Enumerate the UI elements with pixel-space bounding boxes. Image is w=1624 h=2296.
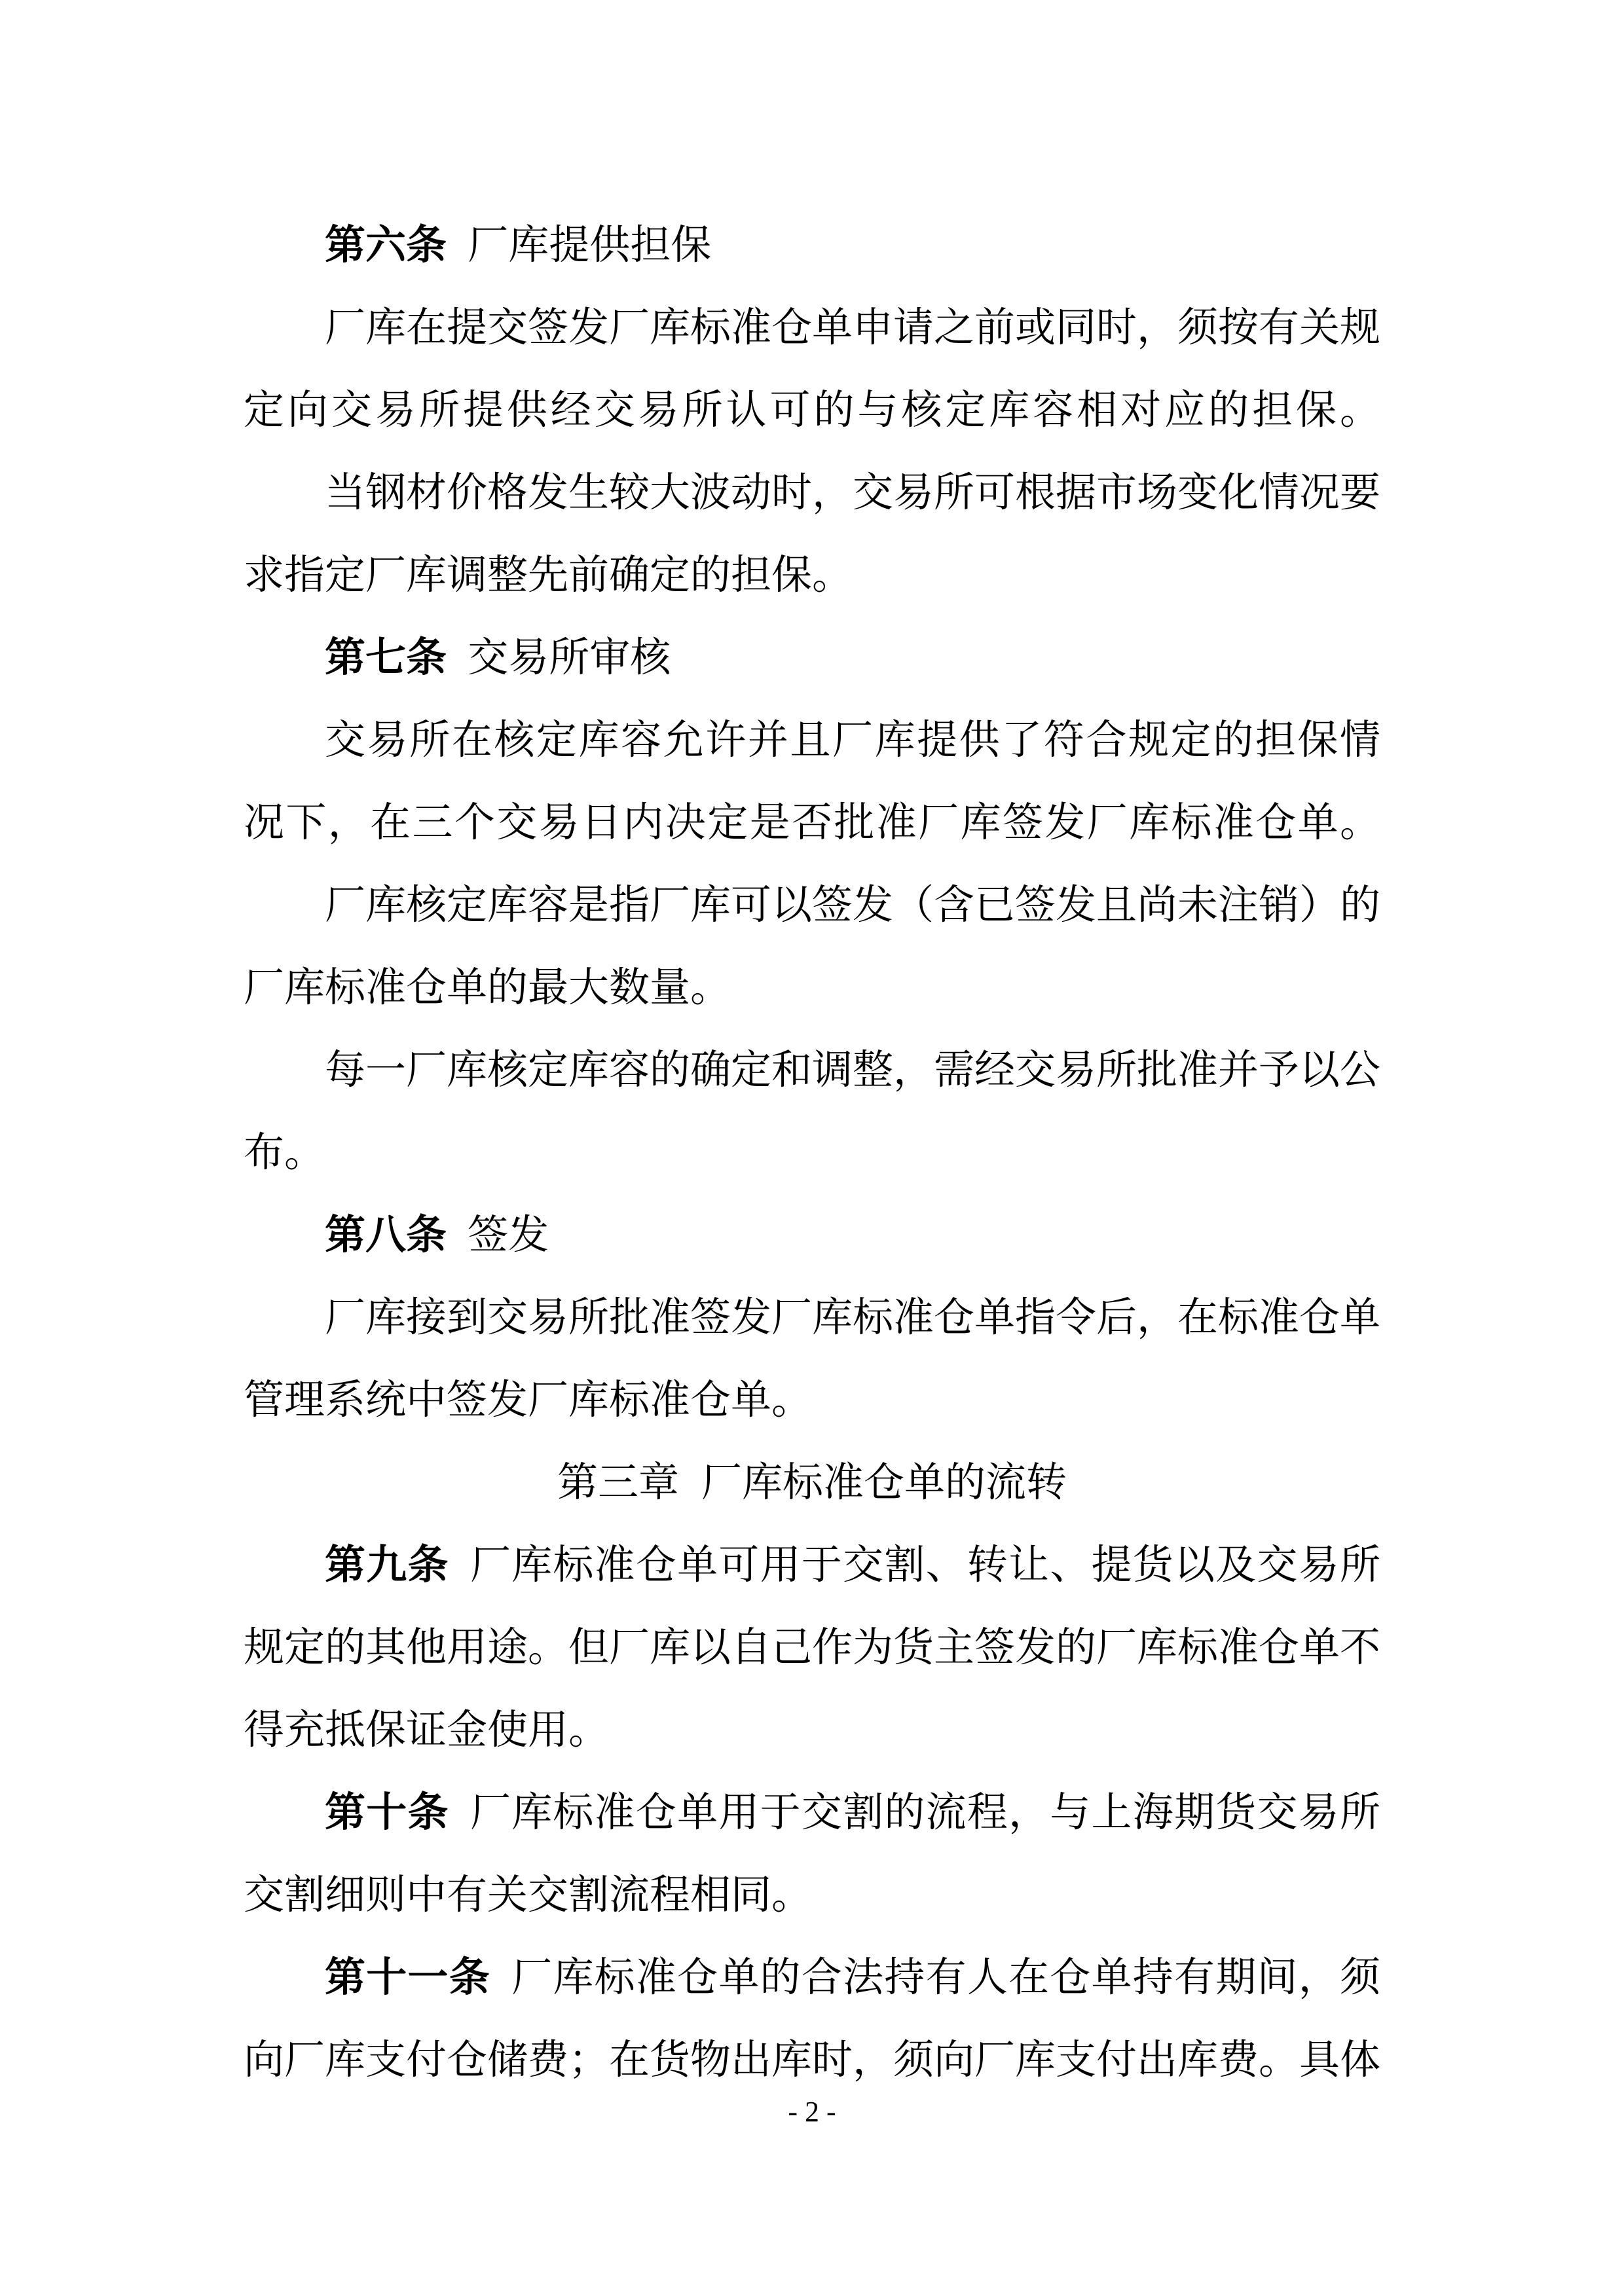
text-line: 厂库标准仓单的最大数量。 — [244, 947, 1380, 1029]
text-line: 厂库在提交签发厂库标准仓单申请之前或同时，须按有关规 — [244, 287, 1380, 369]
article-number: 第九条 — [325, 1542, 449, 1588]
text-line: 第九条厂库标准仓单可用于交割、转让、提货以及交易所 — [244, 1524, 1380, 1607]
document-page: 第六条厂库提供担保厂库在提交签发厂库标准仓单申请之前或同时，须按有关规定向交易所… — [0, 0, 1624, 2296]
text-line: 得充抵保证金使用。 — [244, 1689, 1380, 1772]
text-line: 规定的其他用途。但厂库以自己作为货主签发的厂库标准仓单不 — [244, 1607, 1380, 1689]
line-text: 规定的其他用途。但厂库以自己作为货主签发的厂库标准仓单不 — [244, 1625, 1380, 1670]
article-number: 第七条 — [325, 635, 447, 680]
line-text: 厂库核定库容是指厂库可以签发（含已签发且尚未注销）的 — [325, 883, 1380, 928]
line-text: 厂库标准仓单用于交割的流程，与上海期货交易所 — [470, 1790, 1380, 1835]
text-line: 第八条签发 — [244, 1194, 1380, 1277]
text-line: 第三章厂库标准仓单的流转 — [244, 1442, 1380, 1524]
article-number: 第十条 — [325, 1790, 449, 1835]
text-line: 向厂库支付仓储费；在货物出库时，须向厂库支付出库费。具体 — [244, 2019, 1380, 2102]
text-line: 交割细则中有关交割流程相同。 — [244, 1854, 1380, 1937]
text-line: 况下，在三个交易日内决定是否批准厂库签发厂库标准仓单。 — [244, 782, 1380, 864]
line-text: 交易所审核 — [468, 635, 671, 680]
line-text: 厂库接到交易所批准签发厂库标准仓单指令后，在标准仓单 — [325, 1295, 1380, 1340]
text-line: 求指定厂库调整先前确定的担保。 — [244, 534, 1380, 617]
line-text: 况下，在三个交易日内决定是否批准厂库签发厂库标准仓单。 — [244, 800, 1380, 845]
line-text: 每一厂库核定库容的确定和调整，需经交易所批准并予以公 — [325, 1048, 1380, 1093]
text-line: 当钢材价格发生较大波动时，交易所可根据市场变化情况要 — [244, 452, 1380, 534]
article-number: 第三章 — [557, 1460, 679, 1505]
text-line: 第十条厂库标准仓单用于交割的流程，与上海期货交易所 — [244, 1772, 1380, 1854]
article-number: 第十一条 — [325, 1955, 490, 2000]
text-line: 第六条厂库提供担保 — [244, 204, 1380, 287]
text-line: 第七条交易所审核 — [244, 617, 1380, 699]
article-number: 第六条 — [325, 223, 447, 268]
text-line: 交易所在核定库容允许并且厂库提供了符合规定的担保情 — [244, 699, 1380, 782]
page-number: - 2 - — [0, 2092, 1624, 2132]
line-text: 厂库提供担保 — [468, 223, 711, 268]
line-text: 厂库标准仓单的最大数量。 — [244, 965, 731, 1010]
line-text: 求指定厂库调整先前确定的担保。 — [244, 553, 853, 598]
text-line: 管理系统中签发厂库标准仓单。 — [244, 1359, 1380, 1442]
line-text: 管理系统中签发厂库标准仓单。 — [244, 1377, 812, 1423]
line-text: 当钢材价格发生较大波动时，交易所可根据市场变化情况要 — [325, 470, 1380, 515]
line-text: 得充抵保证金使用。 — [244, 1707, 609, 1753]
line-text: 布。 — [244, 1130, 325, 1175]
text-line: 定向交易所提供经交易所认可的与核定库容相对应的担保。 — [244, 369, 1380, 452]
line-text: 厂库标准仓单的合法持有人在仓单持有期间，须 — [511, 1955, 1380, 2000]
text-line: 厂库接到交易所批准签发厂库标准仓单指令后，在标准仓单 — [244, 1277, 1380, 1359]
article-number: 第八条 — [325, 1212, 447, 1258]
line-text: 定向交易所提供经交易所认可的与核定库容相对应的担保。 — [244, 388, 1380, 433]
text-line: 每一厂库核定库容的确定和调整，需经交易所批准并予以公 — [244, 1029, 1380, 1112]
line-text: 交易所在核定库容允许并且厂库提供了符合规定的担保情 — [325, 718, 1380, 763]
line-text: 厂库标准仓单的流转 — [701, 1460, 1067, 1505]
line-text: 交割细则中有关交割流程相同。 — [244, 1872, 812, 1918]
line-text: 厂库标准仓单可用于交割、转让、提货以及交易所 — [470, 1542, 1380, 1588]
line-text: 厂库在提交签发厂库标准仓单申请之前或同时，须按有关规 — [325, 305, 1380, 350]
line-text: 向厂库支付仓储费；在货物出库时，须向厂库支付出库费。具体 — [244, 2037, 1380, 2083]
line-text: 签发 — [468, 1212, 549, 1258]
document-body: 第六条厂库提供担保厂库在提交签发厂库标准仓单申请之前或同时，须按有关规定向交易所… — [244, 204, 1380, 2102]
text-line: 布。 — [244, 1112, 1380, 1194]
text-line: 厂库核定库容是指厂库可以签发（含已签发且尚未注销）的 — [244, 864, 1380, 947]
text-line: 第十一条厂库标准仓单的合法持有人在仓单持有期间，须 — [244, 1937, 1380, 2019]
